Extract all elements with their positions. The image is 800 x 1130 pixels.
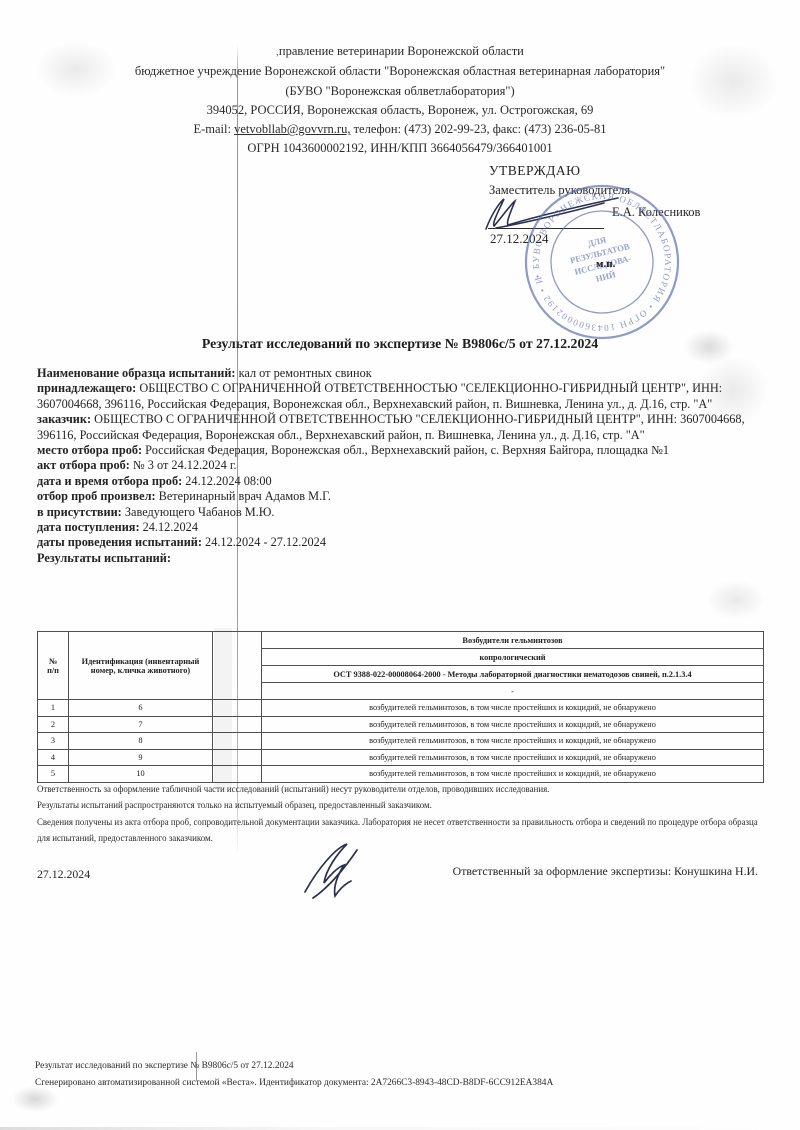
field-value: Заведующего Чабанов М.Ю. (125, 505, 275, 519)
field-value: № 3 от 24.12.2024 г. (133, 458, 237, 472)
cell-result: возбудителей гельминтозов, в том числе п… (262, 716, 764, 733)
field-row: принадлежащего: ОБЩЕСТВО С ОГРАНИЧЕННОЙ … (37, 381, 764, 412)
cell-id: 7 (69, 716, 213, 733)
table-row: 4 9 возбудителей гельминтозов, в том чис… (38, 749, 764, 766)
field-row: отбор проб произвел: Ветеринарный врач А… (37, 489, 764, 504)
cell-num: 5 (38, 766, 69, 783)
table-row: 1 6 возбудителей гельминтозов, в том чис… (38, 700, 764, 717)
table-row: 3 8 возбудителей гельминтозов, в том чис… (38, 733, 764, 750)
signoff-date: 27.12.2024 (37, 867, 90, 882)
field-value: ОБЩЕСТВО С ОГРАНИЧЕННОЙ ОТВЕТСТВЕННОСТЬЮ… (37, 381, 722, 410)
table-row: 2 7 возбудителей гельминтозов, в том чис… (38, 716, 764, 733)
cell-num: 1 (38, 700, 69, 717)
org-address: 394052, РОССИЯ, Воронежская область, Вор… (60, 101, 740, 120)
field-label: принадлежащего: (37, 381, 136, 395)
cell-id: 10 (69, 766, 213, 783)
cell-num: 4 (38, 749, 69, 766)
cell-result: возбудителей гельминтозов, в том числе п… (262, 733, 764, 750)
approve-label: УТВЕРЖДАЮ (489, 163, 581, 179)
scan-smudge (12, 1086, 58, 1112)
scan-smudge (36, 42, 116, 97)
field-label: заказчик: (37, 412, 91, 426)
field-label: в присутствии: (37, 505, 122, 519)
note-line: Результаты испытаний распространяются то… (37, 797, 764, 813)
field-row: акт отбора проб: № 3 от 24.12.2024 г. (37, 458, 764, 473)
scanned-document-page: ,правление ветеринарии Воронежской облас… (0, 0, 800, 1130)
footer-expertise-ref: Результат исследований по экспертизе № В… (35, 1058, 553, 1075)
field-value: кал от ремонтных свинок (239, 366, 372, 380)
field-value: ОБЩЕСТВО С ОГРАНИЧЕННОЙ ОТВЕТСТВЕННОСТЬЮ… (37, 412, 745, 441)
org-line-1: ,правление ветеринарии Воронежской облас… (60, 42, 740, 62)
field-row: Результаты испытаний: (37, 551, 764, 566)
svg-text:НИЙ: НИЙ (595, 269, 617, 284)
cell-result: возбудителей гельминтозов, в том числе п… (262, 749, 764, 766)
field-row: дата и время отбора проб: 24.12.2024 08:… (37, 474, 764, 489)
footer-generator: Сгенерировано автоматизированной системо… (35, 1075, 553, 1092)
org-line-2: бюджетное учреждение Воронежской области… (60, 62, 740, 81)
note-line: Ответственность за оформление табличной … (37, 781, 764, 797)
scan-smudge (688, 44, 778, 119)
field-label: Результаты испытаний: (37, 551, 171, 565)
scan-fold-line-short (196, 1052, 197, 1080)
scan-fold-line (237, 45, 238, 855)
field-value: 24.12.2024 08:00 (185, 474, 271, 488)
field-label: отбор проб произвел: (37, 489, 156, 503)
document-title: Результат исследований по экспертизе № В… (0, 336, 800, 352)
table-row: 5 10 возбудителей гельминтозов, в том чи… (38, 766, 764, 783)
results-table: № п/п Идентификация (инвентарный номер, … (37, 631, 764, 783)
signoff-responsible: Ответственный за оформление экспертизы: … (453, 864, 758, 879)
note-line: Сведения получены из акта отбора проб, с… (37, 814, 764, 847)
field-value: Ветеринарный врач Адамов М.Г. (159, 489, 331, 503)
field-row: Наименование образца испытаний: кал от р… (37, 366, 764, 381)
cell-num: 2 (38, 716, 69, 733)
scan-smudge (698, 356, 768, 426)
cell-id: 6 (69, 700, 213, 717)
cell-id: 9 (69, 749, 213, 766)
org-email: vetvobllab@govvrn.ru, (234, 122, 350, 136)
table-spacer-cell: - (262, 683, 764, 700)
cell-result: возбудителей гельминтозов, в том числе п… (262, 700, 764, 717)
org-contacts: E-mail: vetvobllab@govvrn.ru, телефон: (… (60, 120, 740, 139)
field-label: акт отбора проб: (37, 458, 130, 472)
field-label: Наименование образца испытаний: (37, 366, 236, 380)
table-standard-header: ОСТ 9388-022-00008064-2000 - Методы лабо… (262, 666, 764, 683)
org-line-3: (БУВО "Воронежская облветлаборатория") (60, 82, 740, 101)
table-col-id-header: Идентификация (инвентарный номер, кличка… (69, 632, 213, 700)
cell-id: 8 (69, 733, 213, 750)
table-method-header: копрологический (262, 649, 764, 666)
field-row: в присутствии: Заведующего Чабанов М.Ю. (37, 505, 764, 520)
field-label: место отбора проб: (37, 443, 142, 457)
cell-num: 3 (38, 733, 69, 750)
field-row: место отбора проб: Российская Федерация,… (37, 443, 764, 458)
cell-result: возбудителей гельминтозов, в том числе п… (262, 766, 764, 783)
scan-fold-band (214, 628, 232, 790)
notes: Ответственность за оформление табличной … (37, 781, 764, 847)
field-value: 24.12.2024 - 27.12.2024 (205, 535, 326, 549)
table-header-row: № п/п Идентификация (инвентарный номер, … (38, 632, 764, 649)
document-footer: Результат исследований по экспертизе № В… (35, 1058, 553, 1091)
org-header: ,правление ветеринарии Воронежской облас… (60, 42, 740, 159)
field-row: заказчик: ОБЩЕСТВО С ОГРАНИЧЕННОЙ ОТВЕТС… (37, 412, 764, 443)
field-row: дата поступления: 24.12.2024 (37, 520, 764, 535)
scan-smudge (706, 580, 766, 620)
table-group-header: Возбудители гельминтозов (262, 632, 764, 649)
sample-fields: Наименование образца испытаний: кал от р… (37, 366, 764, 566)
responsible-signature (293, 838, 365, 904)
seal-mark: м.п. (596, 258, 615, 270)
field-value: 24.12.2024 (143, 520, 198, 534)
field-label: даты проведения испытаний: (37, 535, 202, 549)
org-ogrn-inn: ОГРН 1043600002192, ИНН/КПП 3664056479/3… (60, 139, 740, 158)
field-value: Российская Федерация, Воронежская обл., … (145, 443, 669, 457)
field-label: дата и время отбора проб: (37, 474, 182, 488)
table-col-num-header: № п/п (38, 632, 69, 700)
field-label: дата поступления: (37, 520, 140, 534)
field-row: даты проведения испытаний: 24.12.2024 - … (37, 535, 764, 550)
